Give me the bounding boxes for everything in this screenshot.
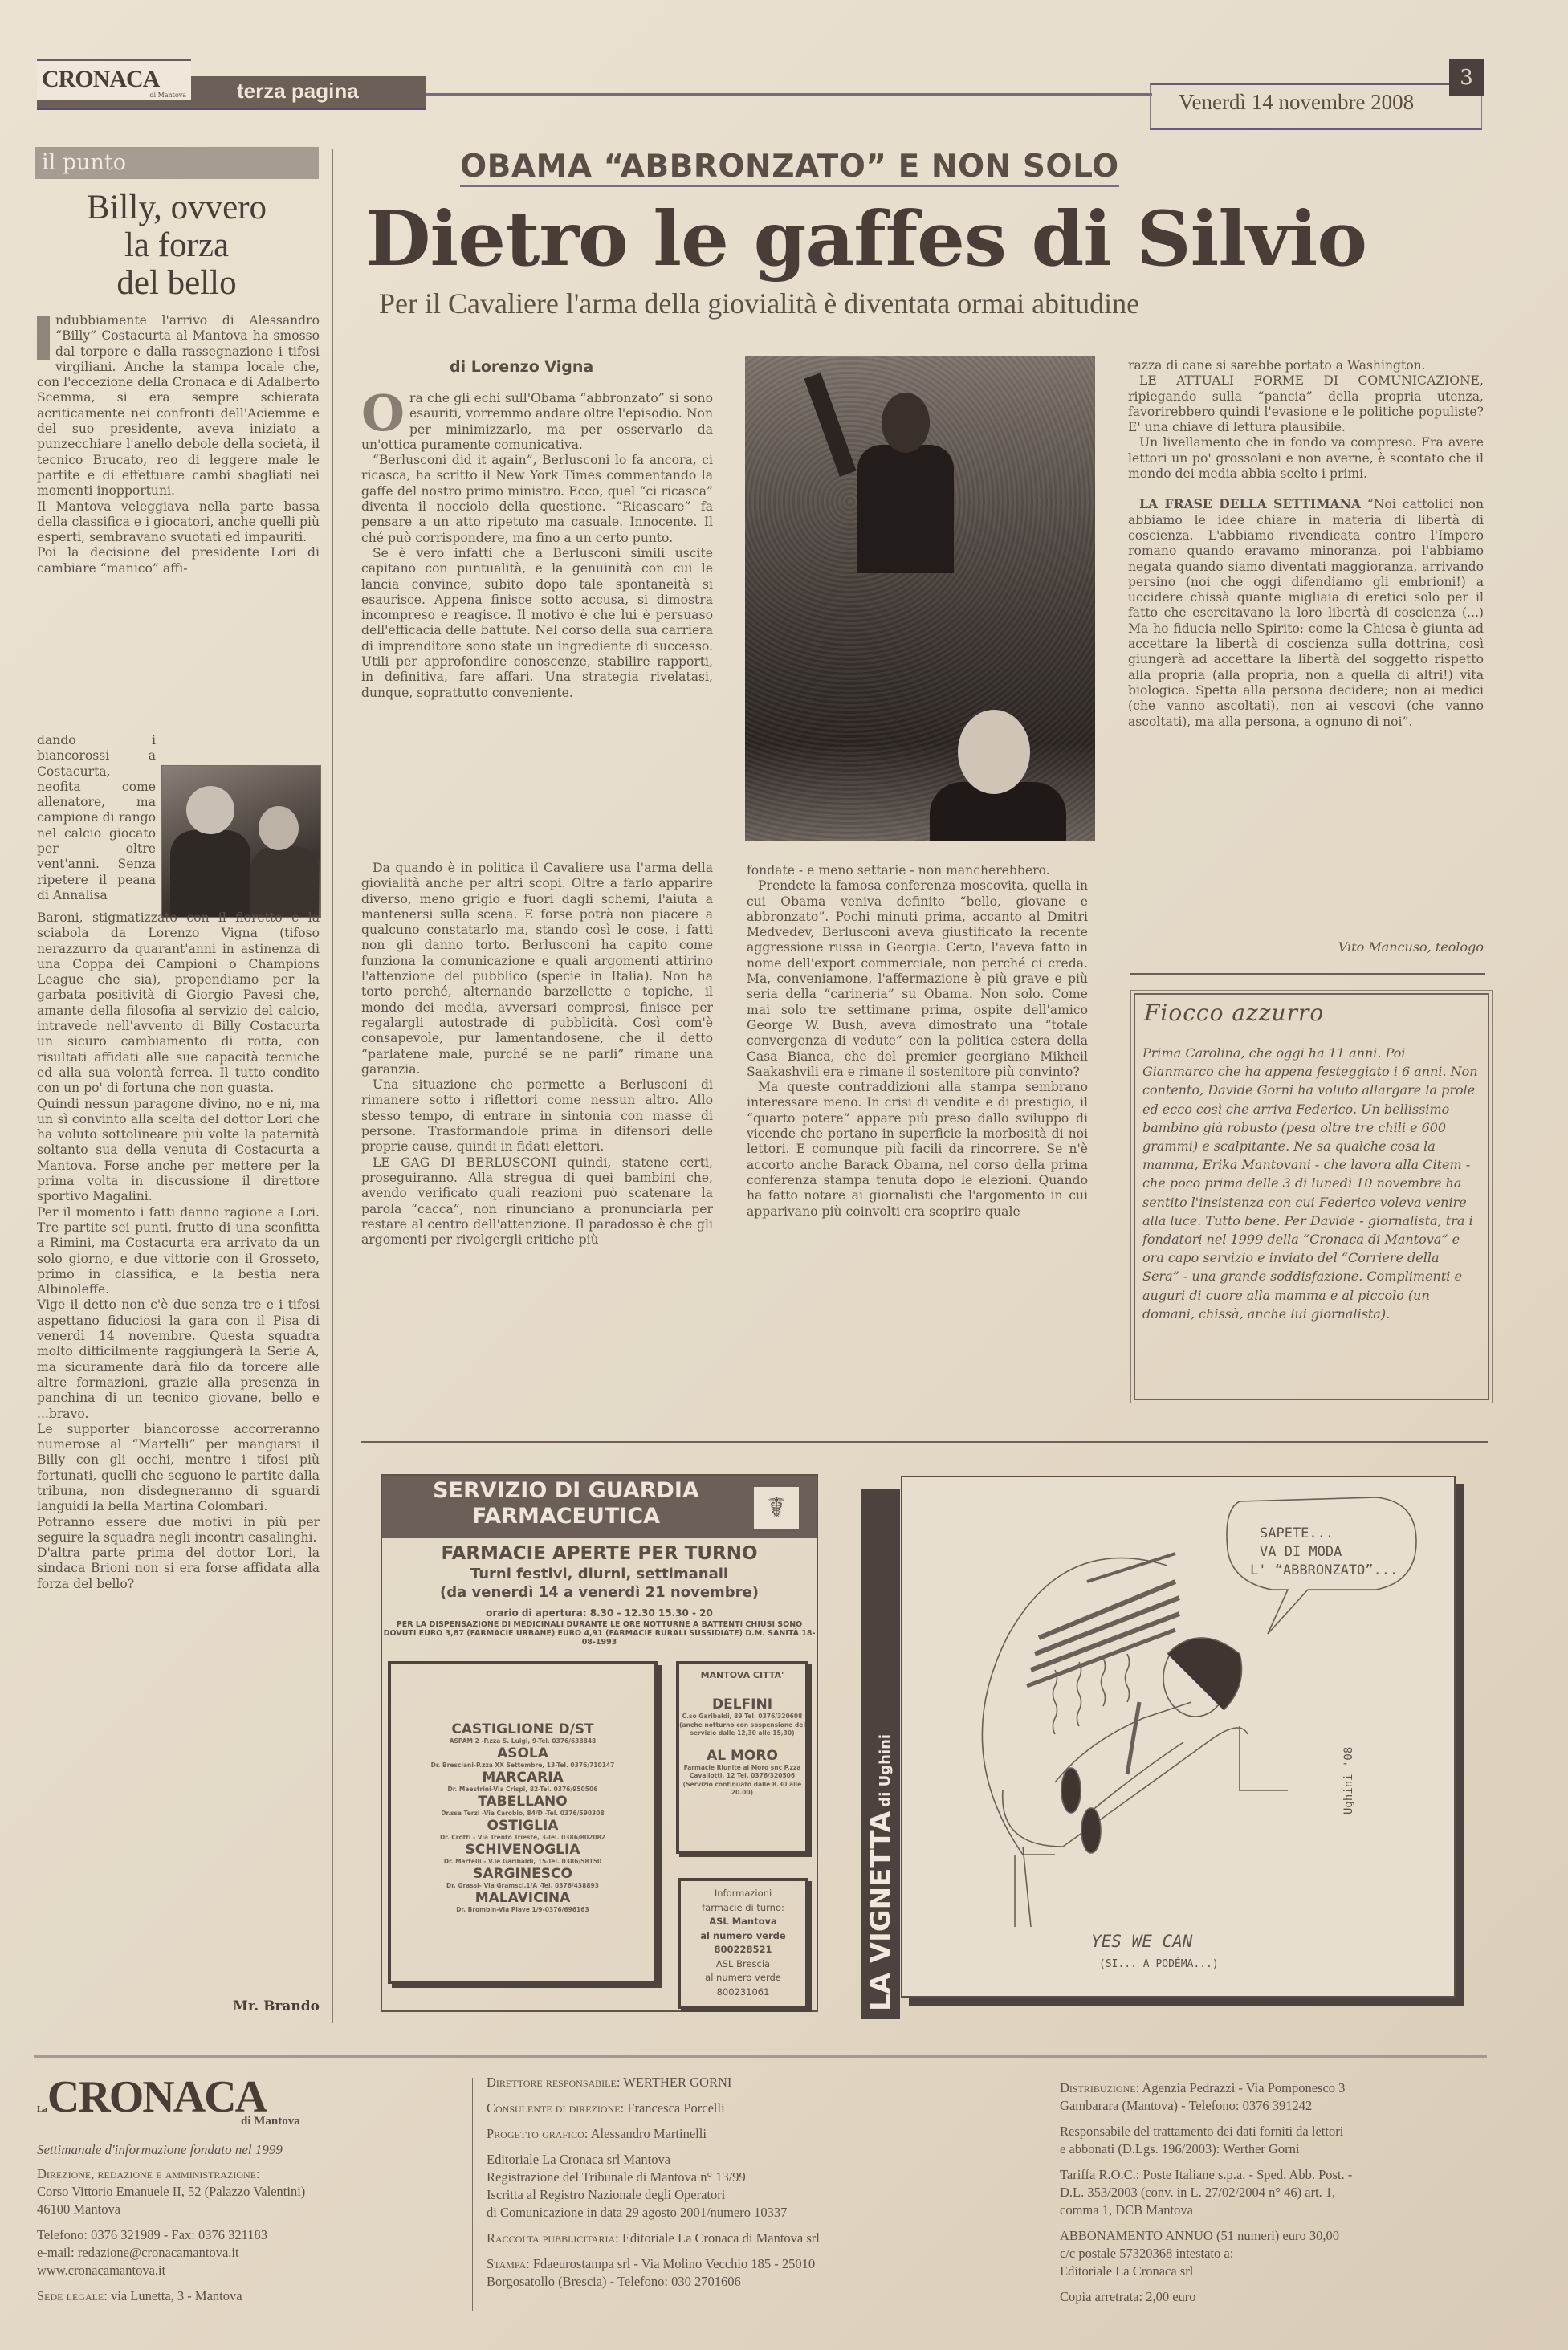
footer-value: e abbonati (D.Lgs. 196/2003): Werther Go… — [1060, 2140, 1493, 2158]
pharmacy-town: MARCARIA — [391, 1770, 654, 1785]
footer-value: Editoriale La Cronaca di Mantova srl — [622, 2230, 820, 2246]
drop-cap-o: O — [361, 393, 405, 434]
footer-website-link[interactable]: www.cronacamantova.it — [37, 2262, 470, 2279]
paragraph: Vige il detto non c'è due senza tre e i … — [37, 1297, 320, 1421]
pharmacy-city-list: MANTOVA CITTA' DELFINI C.so Garibaldi, 8… — [679, 1670, 805, 1807]
pharmacy-town: TABELLANO — [391, 1794, 654, 1809]
pharmacy-town: SARGINESCO — [391, 1867, 654, 1881]
title-line: del bello — [35, 264, 319, 302]
quote-of-week-text: “Noi cattolici non abbiamo le idee chiar… — [1128, 497, 1484, 728]
section-divider — [361, 1441, 1488, 1443]
header-rule — [426, 93, 1152, 96]
pharmacy-ad-info: FARMACIE APERTE PER TURNO Turni festivi,… — [382, 1542, 817, 1647]
paragraph: ndubbiamente l'arrivo di Alessandro “Bil… — [37, 313, 320, 499]
masthead-logo: CRONACA — [37, 61, 191, 93]
section-label: terza pagina — [237, 79, 359, 104]
left-article-body-top: ndubbiamente l'arrivo di Alessandro “Bil… — [37, 313, 320, 576]
pharmacy-town: SCHIVENOGLIA — [391, 1843, 654, 1857]
column-rule — [1130, 973, 1485, 975]
pharmacy-hours: orario di apertura: 8.30 - 12.30 15.30 -… — [382, 1606, 817, 1620]
footer-label: Consulente di direzione: — [487, 2100, 624, 2116]
masthead-logo-sub: di Mantova — [149, 92, 186, 99]
footer-label: Sede legale: — [37, 2288, 108, 2303]
fiocco-azzurro-title: Fiocco azzurro — [1144, 1000, 1324, 1026]
pharmacy-town: ASOLA — [391, 1746, 654, 1761]
pharmacy-ad-title: SERVIZIO DI GUARDIA FARMACEUTICA — [393, 1478, 739, 1529]
asl-line: al numero verde — [681, 1971, 805, 1985]
footer-label: Direttore responsabile: — [487, 2075, 620, 2090]
pharmacy-subtitle: Turni festivi, diurni, settimanali — [382, 1566, 817, 1583]
cartoon-illustration: SAPETE... VA DI MODA L' “ABBRONZATO”... … — [902, 1477, 1454, 1996]
title-line: la forza — [35, 226, 319, 264]
paragraph: Il Mantova veleggiava nella parte bassa … — [37, 499, 320, 546]
footer-value: Francesca Porcelli — [627, 2100, 724, 2116]
asl-line: farmacie di turno: — [681, 1901, 805, 1916]
vignetta-author: di Ughini — [877, 1734, 894, 1807]
quote-of-week-label: LA FRASE DELLA SETTIMANA — [1139, 496, 1361, 511]
quote-author: Vito Mancuso, teologo — [1128, 939, 1484, 955]
pharmacy-title: FARMACIE APERTE PER TURNO — [382, 1542, 817, 1566]
asl-line: ASL Brescia — [681, 1957, 805, 1972]
footer-value: Editoriale La Cronaca srl Mantova — [487, 2151, 984, 2169]
footer-value: Registrazione del Tribunale di Mantova n… — [487, 2169, 984, 2186]
paragraph: D'altra parte prima del dottor Lori, la … — [37, 1546, 320, 1592]
main-article-col3: razza di cane si sarebbe portato a Washi… — [1128, 358, 1484, 730]
footer-address: 46100 Mantova — [37, 2201, 470, 2218]
paragraph: Un livellamento che in fondo va compreso… — [1128, 435, 1484, 482]
drop-cap-i — [37, 316, 50, 360]
footer-tagline: Settimanale d'informazione fondato nel 1… — [37, 2142, 283, 2158]
footer-logo-la: La — [37, 2104, 47, 2114]
main-article-col1-bottom: Da quando è in politica il Cavaliere usa… — [361, 861, 713, 1248]
vignetta-label: LA VIGNETTA di Ughini — [861, 1489, 900, 2019]
cartoonist-signature: Ughini '08 — [1342, 1747, 1355, 1814]
left-article-signature: Mr. Brando — [37, 1998, 320, 2014]
main-headline: Dietro le gaffes di Silvio — [365, 197, 1489, 282]
asl-line: al numero verde — [681, 1929, 805, 1944]
paragraph: Ma queste contraddizioni alla stampa sem… — [747, 1080, 1088, 1220]
costacurta-photo — [161, 765, 321, 918]
footer-column-rule — [1041, 2079, 1041, 2312]
footer-value: ABBONAMENTO ANNUO (51 numeri) euro 30,00 — [1060, 2227, 1493, 2245]
footer-address: Corso Vittorio Emanuele II, 52 (Palazzo … — [37, 2183, 470, 2201]
footer-value: Alessandro Martinelli — [591, 2126, 707, 2141]
footer-label: Raccolta pubblicitaria: — [487, 2230, 619, 2246]
asl-phone: 800231061 — [681, 1985, 805, 2000]
paragraph: Se è vero infatti che a Berlusconi simil… — [361, 546, 713, 701]
footer-logo-sub: di Mantova — [241, 2115, 300, 2128]
paragraph: “Berlusconi did it again”, Berlusconi lo… — [361, 453, 713, 546]
footer-value: di Comunicazione in data 29 agosto 2001/… — [487, 2204, 984, 2222]
pharmacy-period: (da venerdì 14 a venerdì 21 novembre) — [382, 1583, 817, 1603]
paragraph: LE ATTUALI FORME DI COMUNICAZIONE, ripie… — [1128, 373, 1484, 435]
cartoon-caption: YES WE CAN — [1091, 1932, 1193, 1951]
caduceus-icon: ☤ — [754, 1487, 799, 1529]
footer-label: Progetto grafico: — [487, 2126, 588, 2141]
footer-label: Direzione, redazione e amministrazione: — [37, 2165, 470, 2183]
obama-berlusconi-photo — [745, 356, 1095, 841]
footer-email-link[interactable]: e-mail: redazione@cronacamantova.it — [37, 2244, 470, 2262]
footer-credits: Direttore responsabile: WERTHER GORNI Co… — [487, 2074, 984, 2291]
footer-value: D.L. 353/2003 (conv. in L. 27/02/2004 n°… — [1060, 2184, 1493, 2201]
footer-value: Agenzia Pedrazzi - Via Pomponesco 3 — [1142, 2080, 1345, 2095]
pharmacy-town: OSTIGLIA — [391, 1819, 654, 1833]
left-article-title: Billy, ovvero la forza del bello — [35, 189, 319, 302]
speech-bubble-line: VA DI MODA — [1260, 1544, 1342, 1560]
sub-headline: Per il Cavaliere l'arma della giovialità… — [379, 287, 1139, 320]
over-headline: OBAMA “ABBRONZATO” E NON SOLO — [460, 149, 1119, 187]
paragraph: ra che gli echi sull'Obama “abbronzato” … — [361, 391, 713, 453]
column-rule — [332, 149, 333, 2023]
paragraph: Per il momento i fatti danno ragione a L… — [37, 1205, 320, 1298]
paragraph: Da quando è in politica il Cavaliere usa… — [361, 861, 713, 1077]
footer-value: WERTHER GORNI — [623, 2075, 731, 2090]
vignetta-title: LA VIGNETTA — [865, 1811, 897, 2011]
footer-distribution: Distribuzione: Agenzia Pedrazzi - Via Po… — [1060, 2079, 1493, 2306]
paragraph: Quindi nessun paragone divino, no e ni, … — [37, 1097, 320, 1205]
cartoon-caption-sub: (SI... A PODÉMA...) — [1099, 1957, 1219, 1970]
pharmacy-town: MALAVICINA — [391, 1891, 654, 1905]
pharmacy-notice: PER LA DISPENSAZIONE DI MEDICINALI DURAN… — [382, 1620, 817, 1647]
paragraph: razza di cane si sarebbe portato a Washi… — [1128, 358, 1484, 373]
paragraph: Prendete la famosa conferenza moscovita,… — [747, 878, 1088, 1080]
byline: di Lorenzo Vigna — [450, 358, 593, 376]
footer-contacts: Direzione, redazione e amministrazione: … — [37, 2165, 470, 2305]
footer-value: Responsabile del trattamento dei dati fo… — [1060, 2123, 1493, 2140]
footer-label: Distribuzione: — [1060, 2080, 1139, 2095]
paragraph: Le supporter biancorosse accorreranno nu… — [37, 1422, 320, 1515]
pharmacy-address: C.so Garibaldi, 89 Tel. 0376/320608 (anc… — [679, 1713, 805, 1738]
footer-value: Tariffa R.O.C.: Poste Italiane s.p.a. - … — [1060, 2166, 1493, 2184]
footer-logo-text: CRONACA — [47, 2072, 266, 2122]
footer-value: Gambarara (Mantova) - Telefono: 0376 391… — [1060, 2097, 1493, 2115]
issue-date: Venerdì 14 novembre 2008 — [1179, 90, 1414, 115]
left-article-body-bottom: Baroni, stigmatizzato con il fioretto e … — [37, 910, 320, 1592]
left-article-narrow-text: dando i biancorossi a Costacurta, neofit… — [37, 733, 156, 903]
footer-label: Stampa: — [487, 2256, 530, 2271]
footer-column-rule — [472, 2078, 473, 2311]
title-line: Billy, ovvero — [35, 189, 319, 226]
footer-value: Editoriale La Cronaca srl — [1060, 2262, 1493, 2280]
paragraph: Baroni, stigmatizzato con il fioretto e … — [37, 910, 320, 1097]
pharmacy-city-title: MANTOVA CITTA' — [679, 1670, 805, 1680]
footer-phone: Telefono: 0376 321989 - Fax: 0376 321183 — [37, 2226, 470, 2244]
asl-line: ASL Mantova — [681, 1915, 805, 1929]
footer-value: Copia arretrata: 2,00 euro — [1060, 2288, 1493, 2306]
footer-sede: via Lunetta, 3 - Mantova — [111, 2288, 242, 2303]
footer-value: c/c postale 57320368 intestato a: — [1060, 2245, 1493, 2262]
footer-value: Fdaeurostampa srl - Via Molino Vecchio 1… — [533, 2256, 815, 2271]
pharmacy-address: Farmacie Riunite al Moro snc P.zza Caval… — [679, 1764, 805, 1798]
asl-line: Informazioni — [681, 1887, 805, 1901]
paragraph: Poi la decisione del presidente Lori di … — [37, 545, 320, 576]
kicker-label: il punto — [42, 150, 126, 175]
pharmacy-province-list: CASTIGLIONE D/ST ASPAM 2 -P.zza S. Luigi… — [391, 1722, 654, 1915]
pharmacy-name: DELFINI — [679, 1696, 805, 1713]
main-article-col2: fondate - e meno settarie - non manchere… — [747, 863, 1088, 1220]
speech-bubble-line: SAPETE... — [1260, 1525, 1334, 1542]
paragraph: Una situazione che permette a Berlusconi… — [361, 1077, 713, 1155]
footer-value: Borgosatollo (Brescia) - Telefono: 030 2… — [487, 2273, 984, 2291]
speech-bubble-line: L' “ABBRONZATO”... — [1250, 1562, 1398, 1578]
asl-info: Informazioni farmacie di turno: ASL Mant… — [681, 1887, 805, 1999]
paragraph: Potranno essere due motivi in più per se… — [37, 1515, 320, 1546]
footer-value: comma 1, DCB Mantova — [1060, 2201, 1493, 2219]
paragraph: fondate - e meno settarie - non manchere… — [747, 863, 1088, 878]
pharmacy-town: CASTIGLIONE D/ST — [391, 1722, 654, 1737]
footer-value: Iscritta al Registro Nazionale degli Ope… — [487, 2186, 984, 2204]
pharmacy-address: Dr. Brombin-Via Piave 1/9-0376/696163 — [391, 1905, 654, 1915]
footer-rule — [34, 2055, 1487, 2058]
page-number: 3 — [1449, 59, 1484, 96]
footer-logo: LaCRONACA — [37, 2071, 266, 2123]
pharmacy-name: AL MORO — [679, 1748, 805, 1764]
masthead-logo-box: CRONACA di Mantova — [37, 59, 191, 100]
paragraph: LE GAG DI BERLUSCONI quindi, statene cer… — [361, 1155, 713, 1248]
asl-phone: 800228521 — [681, 1943, 805, 1957]
fiocco-azzurro-text: Prima Carolina, che oggi ha 11 anni. Poi… — [1142, 1044, 1480, 1323]
main-article-col1-top: O ra che gli echi sull'Obama “abbronzato… — [361, 391, 713, 701]
